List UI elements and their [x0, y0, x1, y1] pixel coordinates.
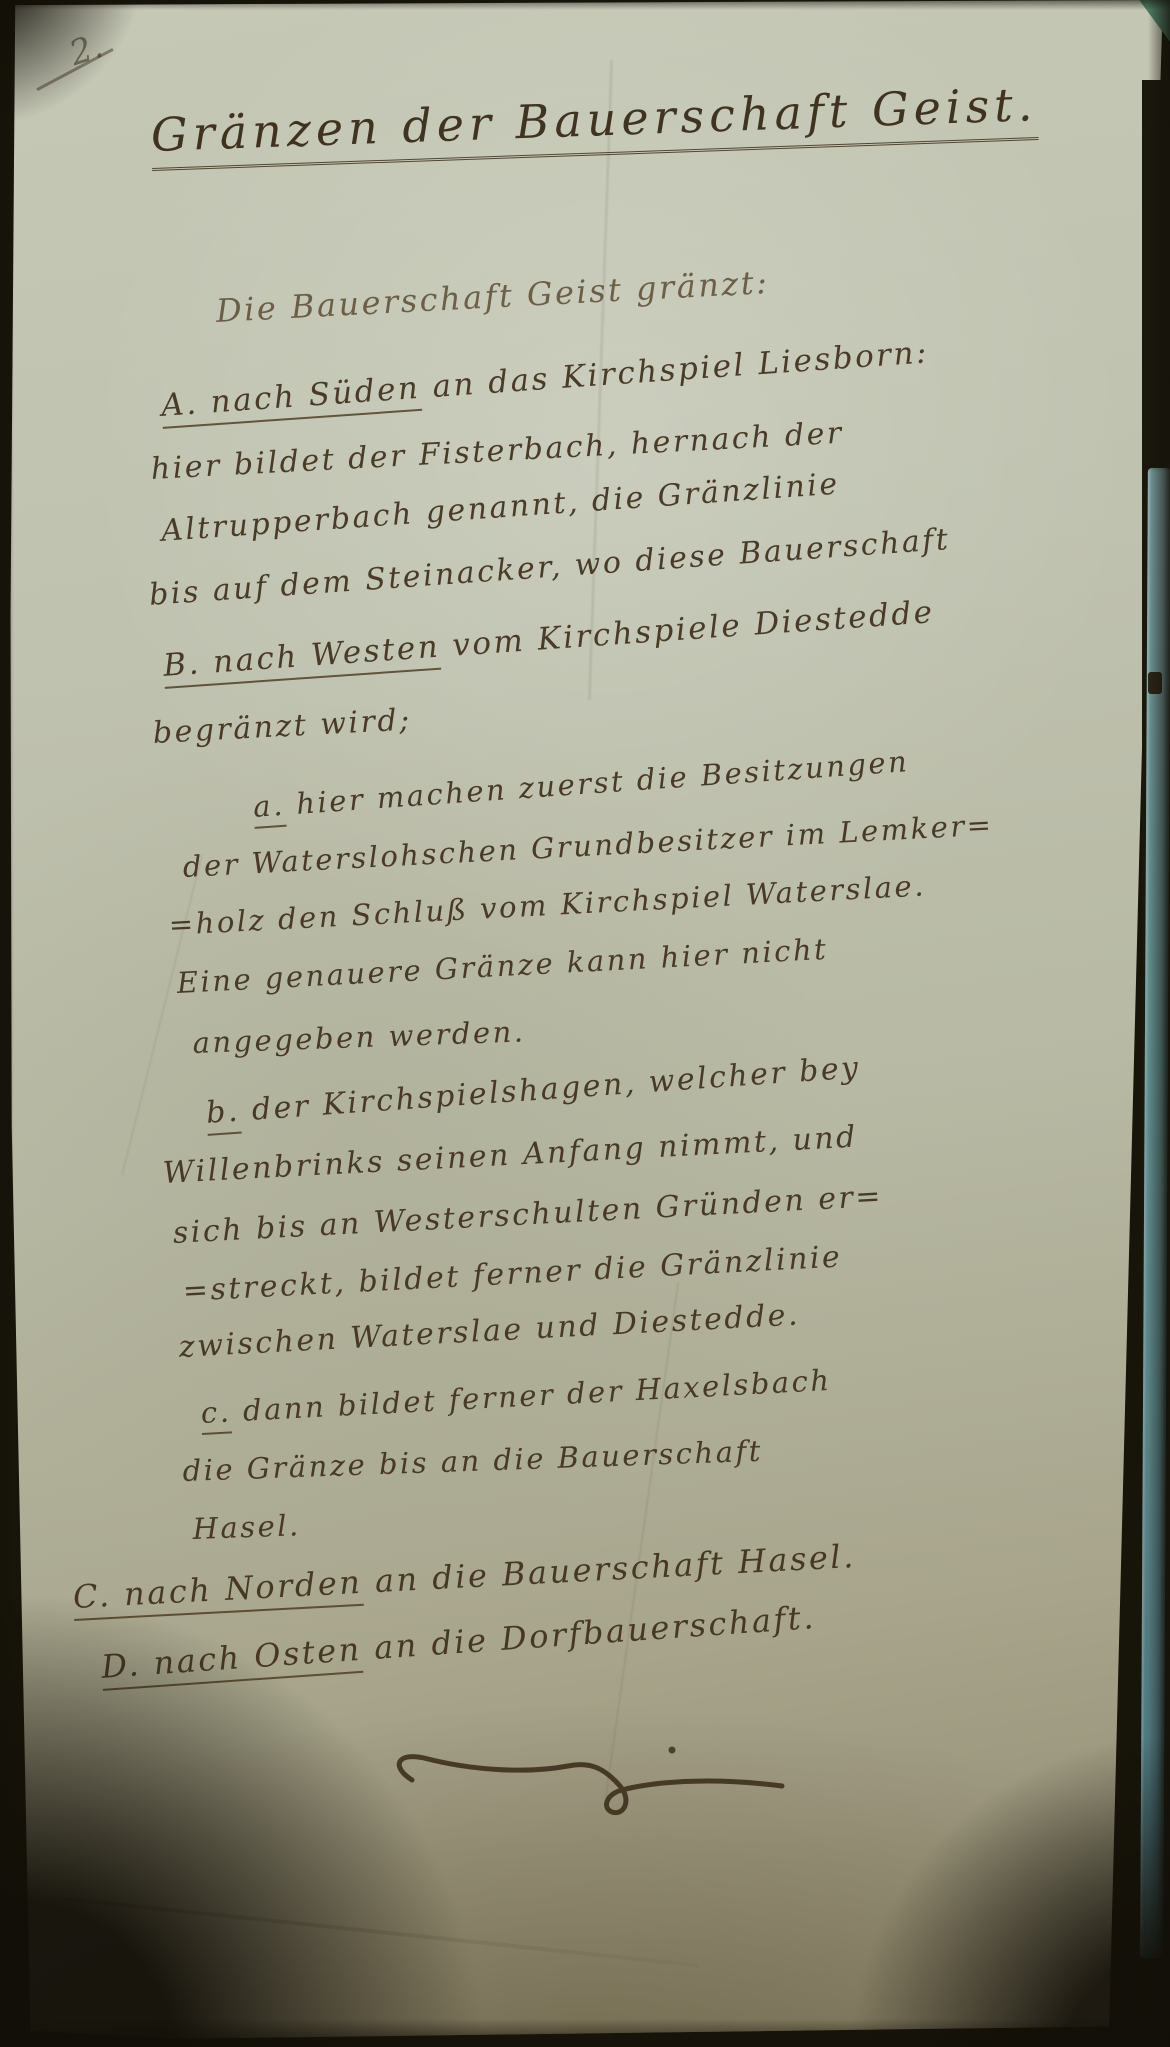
text-line: Hasel.: [192, 1508, 301, 1546]
manuscript-photo: 2. Gränzen der Bauerschaft Geist. Die Ba…: [0, 0, 1170, 2047]
binding-mark: [1148, 672, 1162, 694]
closing-flourish: [320, 1728, 800, 1838]
